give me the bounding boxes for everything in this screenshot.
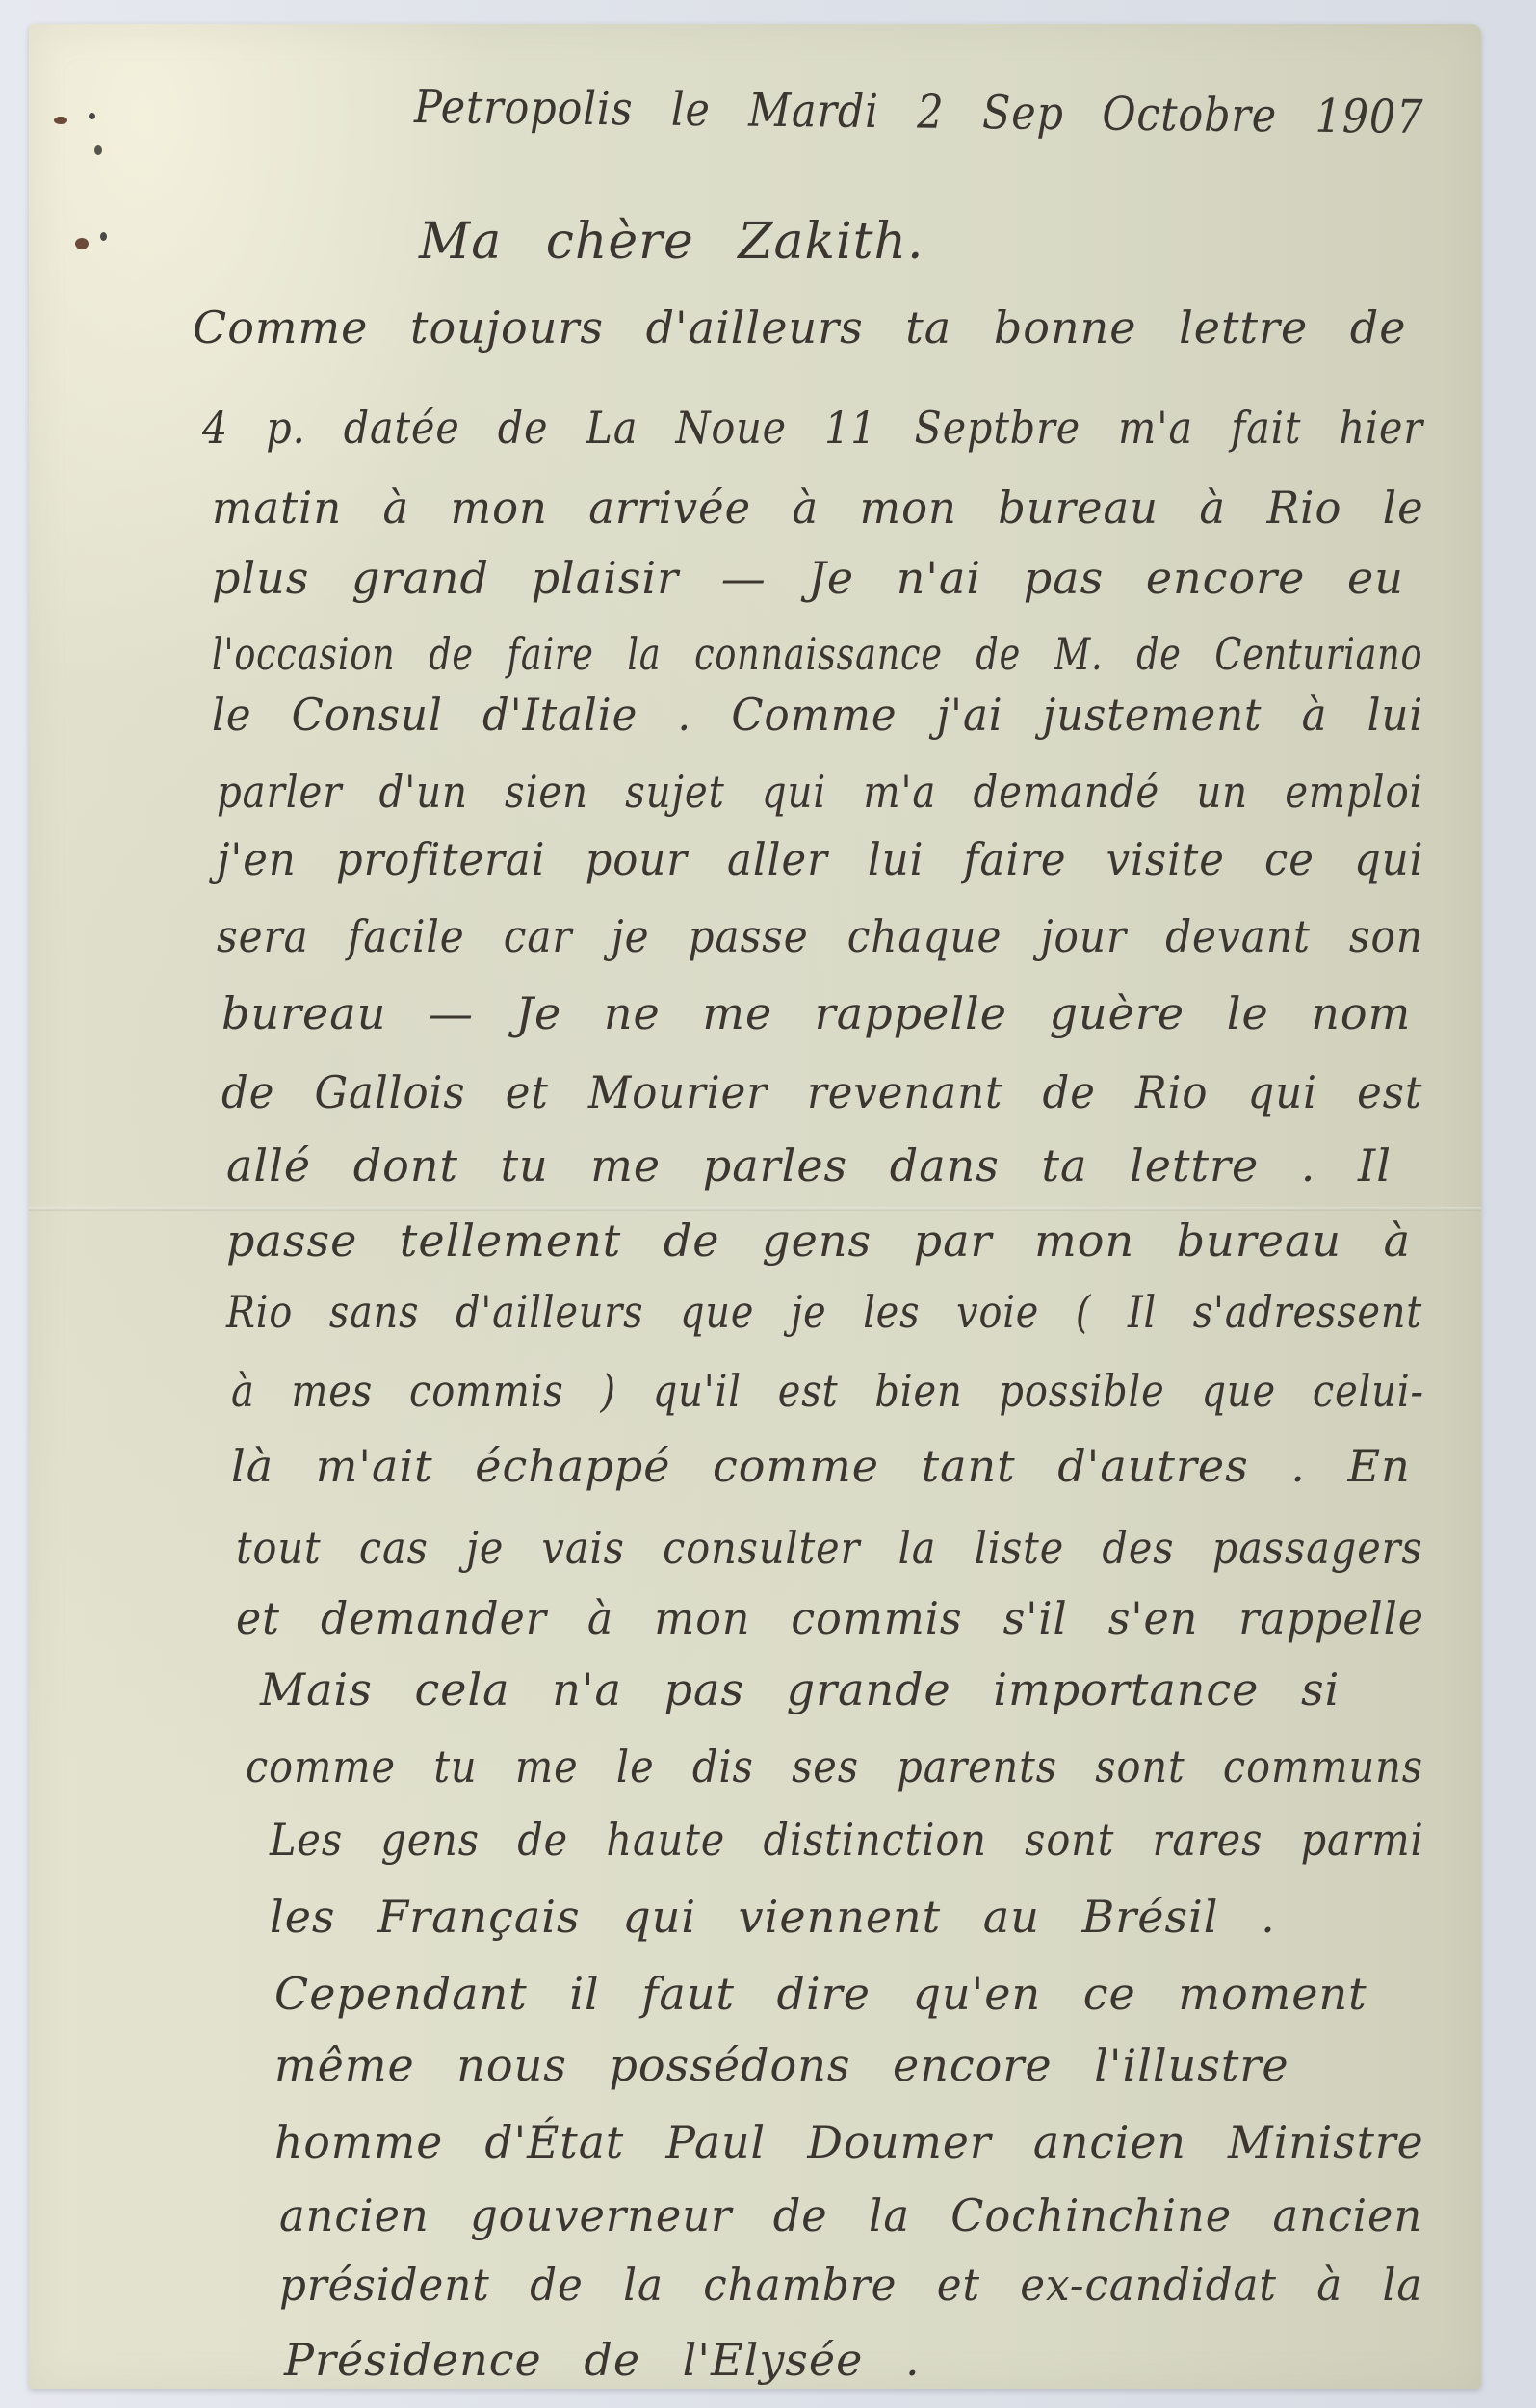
letter-body-line: passe tellement de gens par mon bureau à [226,1215,1411,1267]
letter-body-line: tout cas je vais consulter la liste des … [236,1522,1423,1574]
letter-body-line: Les gens de haute distinction sont rares… [270,1814,1424,1866]
letter-body-line: Mais cela n'a pas grande importance si [260,1663,1340,1715]
letter-body-line: plus grand plaisir — Je n'ai pas encore … [212,552,1404,604]
letter-body-line: le Consul d'Italie . Comme j'ai justemen… [212,689,1423,741]
letter-body-line: les Français qui viennent au Brésil . [270,1891,1276,1943]
letter-body-line: même nous possédons encore l'illustre [274,2039,1289,2091]
letter-body-line: 4 p. datée de La Noue 11 Septbre m'a fai… [202,402,1423,454]
letter-body-line: l'occasion de faire la connaissance de M… [212,628,1422,680]
letter-salutation: Ma chère Zakith. [419,213,924,271]
letter-body-line: Rio sans d'ailleurs que je les voie ( Il… [226,1286,1422,1338]
letter-header-date-line: Petropolis le Mardi 2 Sep Octobre 1907 [414,80,1424,144]
letter-body-line: Présidence de l'Elysée . [284,2334,921,2386]
letter-text: Petropolis le Mardi 2 Sep Octobre 1907 M… [29,24,1481,2389]
letter-body-line: de Gallois et Mourier revenant de Rio qu… [221,1066,1422,1118]
letter-body-line: allé dont tu me parles dans ta lettre . … [226,1139,1392,1191]
letter-body-line: parler d'un sien sujet qui m'a demandé u… [217,766,1422,818]
letter-body-line: président de la chambre et ex-candidat à… [279,2259,1422,2311]
letter-body-line: bureau — Je ne me rappelle guère le nom [221,987,1411,1039]
letter-body-line: là m'ait échappé comme tant d'autres . E… [231,1440,1411,1492]
letter-body-line: matin à mon arrivée à mon bureau à Rio l… [212,482,1424,534]
letter-body-line: et demander à mon commis s'il s'en rappe… [236,1592,1424,1644]
letter-body-line: comme tu me le dis ses parents sont comm… [246,1741,1423,1793]
letter-sheet: Petropolis le Mardi 2 Sep Octobre 1907 M… [29,24,1481,2389]
letter-body-line: sera facile car je passe chaque jour dev… [217,910,1423,962]
letter-body-line: Cependant il faut dire qu'en ce moment [274,1968,1367,2020]
letter-body-line: à mes commis ) qu'il est bien possible q… [231,1365,1424,1417]
letter-body-line: ancien gouverneur de la Cochinchine anci… [279,2189,1422,2241]
letter-body-line: Comme toujours d'ailleurs ta bonne lettr… [193,301,1406,353]
letter-body-line: homme d'État Paul Doumer ancien Ministre [274,2116,1424,2168]
letter-body-line: j'en profiterai pour aller lui faire vis… [217,833,1423,885]
